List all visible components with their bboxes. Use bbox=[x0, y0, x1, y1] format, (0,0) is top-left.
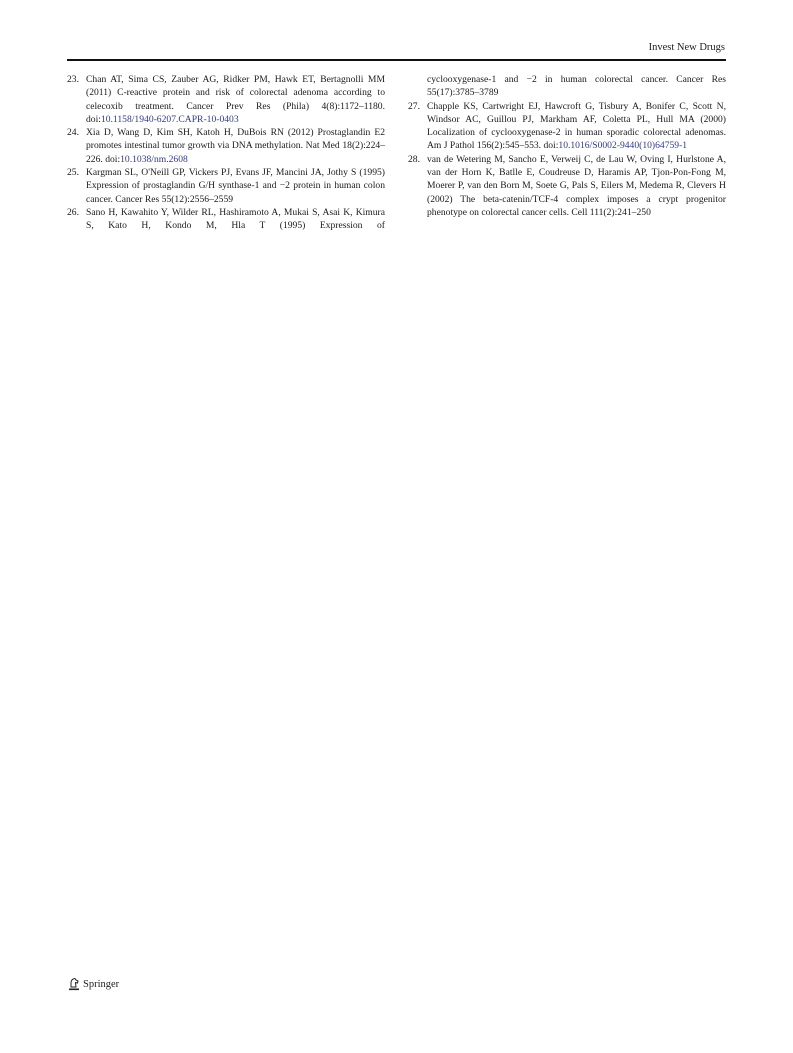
doi-link[interactable]: 10.1016/S0002-9440(10)64759-1 bbox=[558, 140, 687, 151]
reference-26: 26.Sano H, Kawahito Y, Wilder RL, Hashir… bbox=[67, 206, 385, 233]
reference-27: 27.Chapple KS, Cartwright EJ, Hawcroft G… bbox=[408, 100, 726, 153]
header-rule bbox=[67, 59, 726, 61]
reference-number: 28. bbox=[408, 153, 420, 166]
springer-horse-icon bbox=[68, 977, 80, 991]
publisher-name: Springer bbox=[83, 979, 119, 990]
publisher-footer: Springer bbox=[68, 977, 119, 991]
reference-number: 24. bbox=[67, 126, 79, 139]
journal-title: Invest New Drugs bbox=[649, 42, 725, 53]
reference-24: 24.Xia D, Wang D, Kim SH, Katoh H, DuBoi… bbox=[67, 126, 385, 166]
reference-text: Kargman SL, O'Neill GP, Vickers PJ, Evan… bbox=[86, 167, 385, 205]
reference-26-continued: cyclooxygenase-1 and −2 in human colorec… bbox=[408, 73, 726, 100]
reference-number: 25. bbox=[67, 166, 79, 179]
reference-25: 25.Kargman SL, O'Neill GP, Vickers PJ, E… bbox=[67, 166, 385, 206]
reference-28: 28.van de Wetering M, Sancho E, Verweij … bbox=[408, 153, 726, 219]
references-left-column: 23.Chan AT, Sima CS, Zauber AG, Ridker P… bbox=[67, 73, 385, 233]
doi-link[interactable]: 10.1158/1940-6207.CAPR-10-0403 bbox=[101, 114, 239, 125]
reference-text: cyclooxygenase-1 and −2 in human colorec… bbox=[427, 74, 726, 98]
references-right-column: cyclooxygenase-1 and −2 in human colorec… bbox=[408, 73, 726, 219]
reference-number: 23. bbox=[67, 73, 79, 86]
reference-text: van de Wetering M, Sancho E, Verweij C, … bbox=[427, 154, 726, 218]
reference-23: 23.Chan AT, Sima CS, Zauber AG, Ridker P… bbox=[67, 73, 385, 126]
reference-number: 26. bbox=[67, 206, 79, 219]
doi-link[interactable]: 10.1038/nm.2608 bbox=[120, 154, 188, 165]
reference-text: Sano H, Kawahito Y, Wilder RL, Hashiramo… bbox=[86, 207, 385, 231]
reference-number: 27. bbox=[408, 100, 420, 113]
